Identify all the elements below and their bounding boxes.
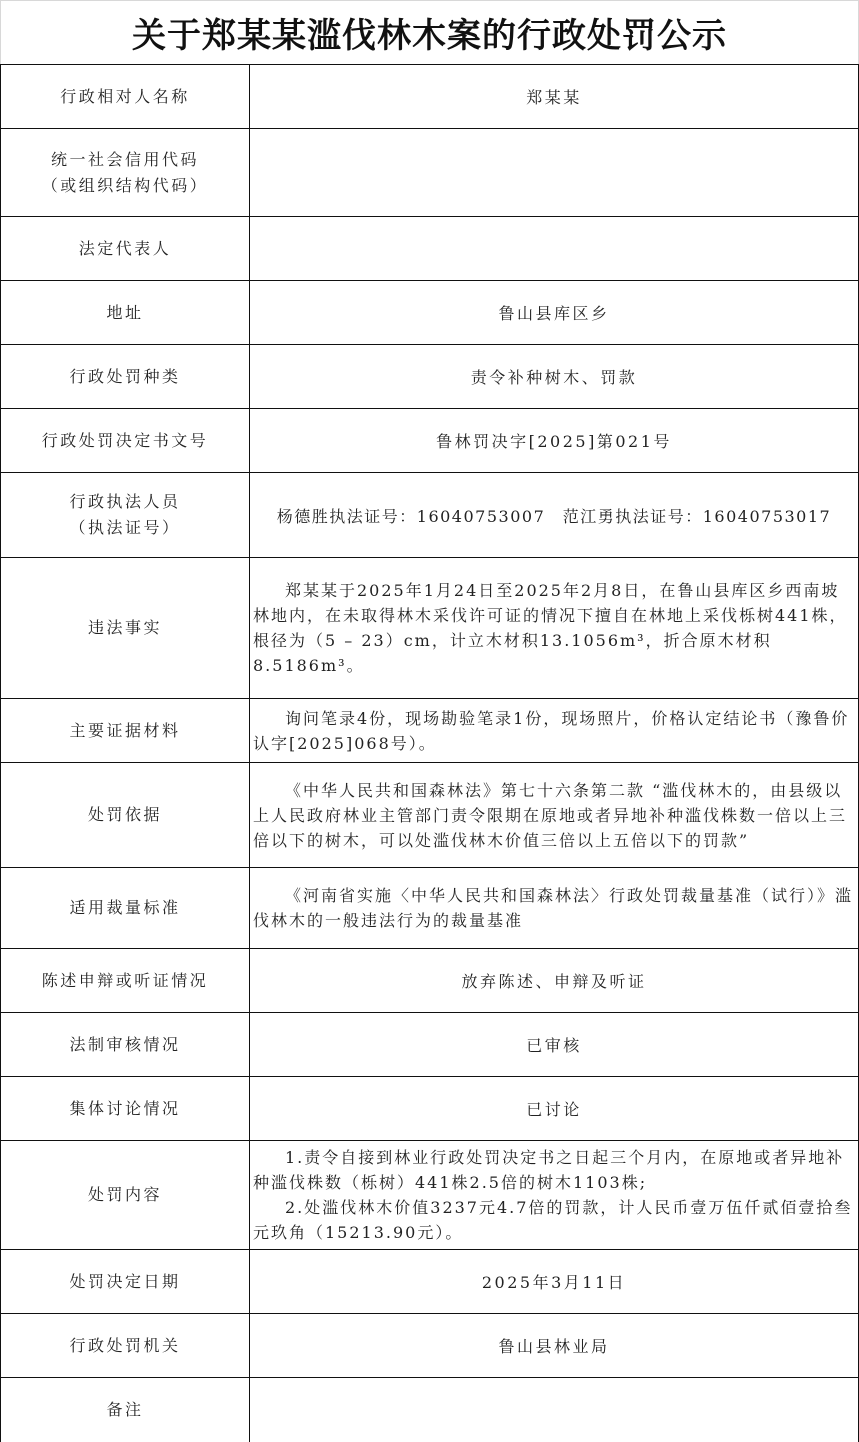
legal-basis-text: 《中华人民共和国森林法》第七十六条第二款 “滥伐林木的，由县级以上人民政府林业主… bbox=[253, 778, 855, 853]
discretion-standard-text: 《河南省实施〈中华人民共和国森林法〉行政处罚裁量基准（试行）》滥伐林木的一般违法… bbox=[253, 883, 855, 933]
penalty-item-1: 1.责令自接到林业行政处罚决定书之日起三个月内，在原地或者异地补种滥伐株数（栎树… bbox=[253, 1145, 855, 1195]
table-row-discretion-standard: 适用裁量标准 《河南省实施〈中华人民共和国森林法〉行政处罚裁量基准（试行）》滥伐… bbox=[1, 868, 859, 949]
table-row-penalty-authority: 行政处罚机关 鲁山县林业局 bbox=[1, 1314, 859, 1378]
row-value: 鲁山县库区乡 bbox=[250, 281, 859, 345]
row-value bbox=[250, 1378, 859, 1442]
row-value bbox=[250, 129, 859, 217]
row-label: 行政处罚种类 bbox=[1, 345, 250, 409]
row-label: 主要证据材料 bbox=[1, 699, 250, 763]
row-value: 2025年3月11日 bbox=[250, 1250, 859, 1314]
violation-facts-text: 郑某某于2025年1月24日至2025年2月8日，在鲁山县库区乡西南坡林地内，在… bbox=[253, 578, 855, 678]
row-value: 《中华人民共和国森林法》第七十六条第二款 “滥伐林木的，由县级以上人民政府林业主… bbox=[250, 763, 859, 868]
row-label: 法制审核情况 bbox=[1, 1013, 250, 1077]
penalty-item-2: 2.处滥伐林木价值3237元4.7倍的罚款，计人民币壹万伍仟贰佰壹拾叁元玖角（1… bbox=[253, 1195, 855, 1245]
table-row-address: 地址 鲁山县库区乡 bbox=[1, 281, 859, 345]
table-row-legal-basis: 处罚依据 《中华人民共和国森林法》第七十六条第二款 “滥伐林木的，由县级以上人民… bbox=[1, 763, 859, 868]
row-label: 行政处罚机关 bbox=[1, 1314, 250, 1378]
table-row-enforcement-officers: 行政执法人员 （执法证号） 杨德胜执法证号：16040753007 范江勇执法证… bbox=[1, 473, 859, 558]
row-label: 处罚决定日期 bbox=[1, 1250, 250, 1314]
row-value: 杨德胜执法证号：16040753007 范江勇执法证号：16040753017 bbox=[250, 473, 859, 558]
table-row-collective-discussion: 集体讨论情况 已讨论 bbox=[1, 1077, 859, 1141]
penalty-disclosure-table: 行政相对人名称 郑某某 统一社会信用代码 （或组织结构代码） 法定代表人 地址 … bbox=[0, 64, 859, 1442]
row-label: 行政处罚决定书文号 bbox=[1, 409, 250, 473]
table-row-decision-date: 处罚决定日期 2025年3月11日 bbox=[1, 1250, 859, 1314]
row-label: 处罚内容 bbox=[1, 1141, 250, 1250]
row-label: 统一社会信用代码 （或组织结构代码） bbox=[1, 129, 250, 217]
row-value: 已审核 bbox=[250, 1013, 859, 1077]
row-label: 违法事实 bbox=[1, 558, 250, 699]
row-value: 询问笔录4份，现场勘验笔录1份，现场照片，价格认定结论书（豫鲁价认字[2025]… bbox=[250, 699, 859, 763]
row-value: 责令补种树木、罚款 bbox=[250, 345, 859, 409]
row-label-line1: 行政执法人员 bbox=[3, 489, 247, 515]
row-label: 行政执法人员 （执法证号） bbox=[1, 473, 250, 558]
row-label: 集体讨论情况 bbox=[1, 1077, 250, 1141]
row-label: 行政相对人名称 bbox=[1, 65, 250, 129]
row-value bbox=[250, 217, 859, 281]
evidence-text: 询问笔录4份，现场勘验笔录1份，现场照片，价格认定结论书（豫鲁价认字[2025]… bbox=[253, 706, 855, 756]
page-title: 关于郑某某滥伐林木案的行政处罚公示 bbox=[0, 0, 859, 64]
table-row-hearing: 陈述申辩或听证情况 放弃陈述、申辩及听证 bbox=[1, 949, 859, 1013]
table-row-decision-number: 行政处罚决定书文号 鲁林罚决字[2025]第021号 bbox=[1, 409, 859, 473]
row-label: 地址 bbox=[1, 281, 250, 345]
row-label-line2: （或组织结构代码） bbox=[3, 173, 247, 199]
table-row-party-name: 行政相对人名称 郑某某 bbox=[1, 65, 859, 129]
row-label: 法定代表人 bbox=[1, 217, 250, 281]
table-row-legal-review: 法制审核情况 已审核 bbox=[1, 1013, 859, 1077]
row-value: 郑某某于2025年1月24日至2025年2月8日，在鲁山县库区乡西南坡林地内，在… bbox=[250, 558, 859, 699]
row-label: 备注 bbox=[1, 1378, 250, 1442]
row-value: 鲁林罚决字[2025]第021号 bbox=[250, 409, 859, 473]
row-value: 放弃陈述、申辩及听证 bbox=[250, 949, 859, 1013]
table-row-legal-rep: 法定代表人 bbox=[1, 217, 859, 281]
table-row-penalty-type: 行政处罚种类 责令补种树木、罚款 bbox=[1, 345, 859, 409]
row-label: 适用裁量标准 bbox=[1, 868, 250, 949]
table-row-credit-code: 统一社会信用代码 （或组织结构代码） bbox=[1, 129, 859, 217]
table-row-remarks: 备注 bbox=[1, 1378, 859, 1442]
table-row-penalty-content: 处罚内容 1.责令自接到林业行政处罚决定书之日起三个月内，在原地或者异地补种滥伐… bbox=[1, 1141, 859, 1250]
row-label-line2: （执法证号） bbox=[3, 515, 247, 541]
row-value: 《河南省实施〈中华人民共和国森林法〉行政处罚裁量基准（试行）》滥伐林木的一般违法… bbox=[250, 868, 859, 949]
row-value: 郑某某 bbox=[250, 65, 859, 129]
table-row-violation-facts: 违法事实 郑某某于2025年1月24日至2025年2月8日，在鲁山县库区乡西南坡… bbox=[1, 558, 859, 699]
row-value: 1.责令自接到林业行政处罚决定书之日起三个月内，在原地或者异地补种滥伐株数（栎树… bbox=[250, 1141, 859, 1250]
row-value: 已讨论 bbox=[250, 1077, 859, 1141]
row-label-line1: 统一社会信用代码 bbox=[3, 147, 247, 173]
row-label: 处罚依据 bbox=[1, 763, 250, 868]
row-value: 鲁山县林业局 bbox=[250, 1314, 859, 1378]
table-row-evidence: 主要证据材料 询问笔录4份，现场勘验笔录1份，现场照片，价格认定结论书（豫鲁价认… bbox=[1, 699, 859, 763]
row-label: 陈述申辩或听证情况 bbox=[1, 949, 250, 1013]
